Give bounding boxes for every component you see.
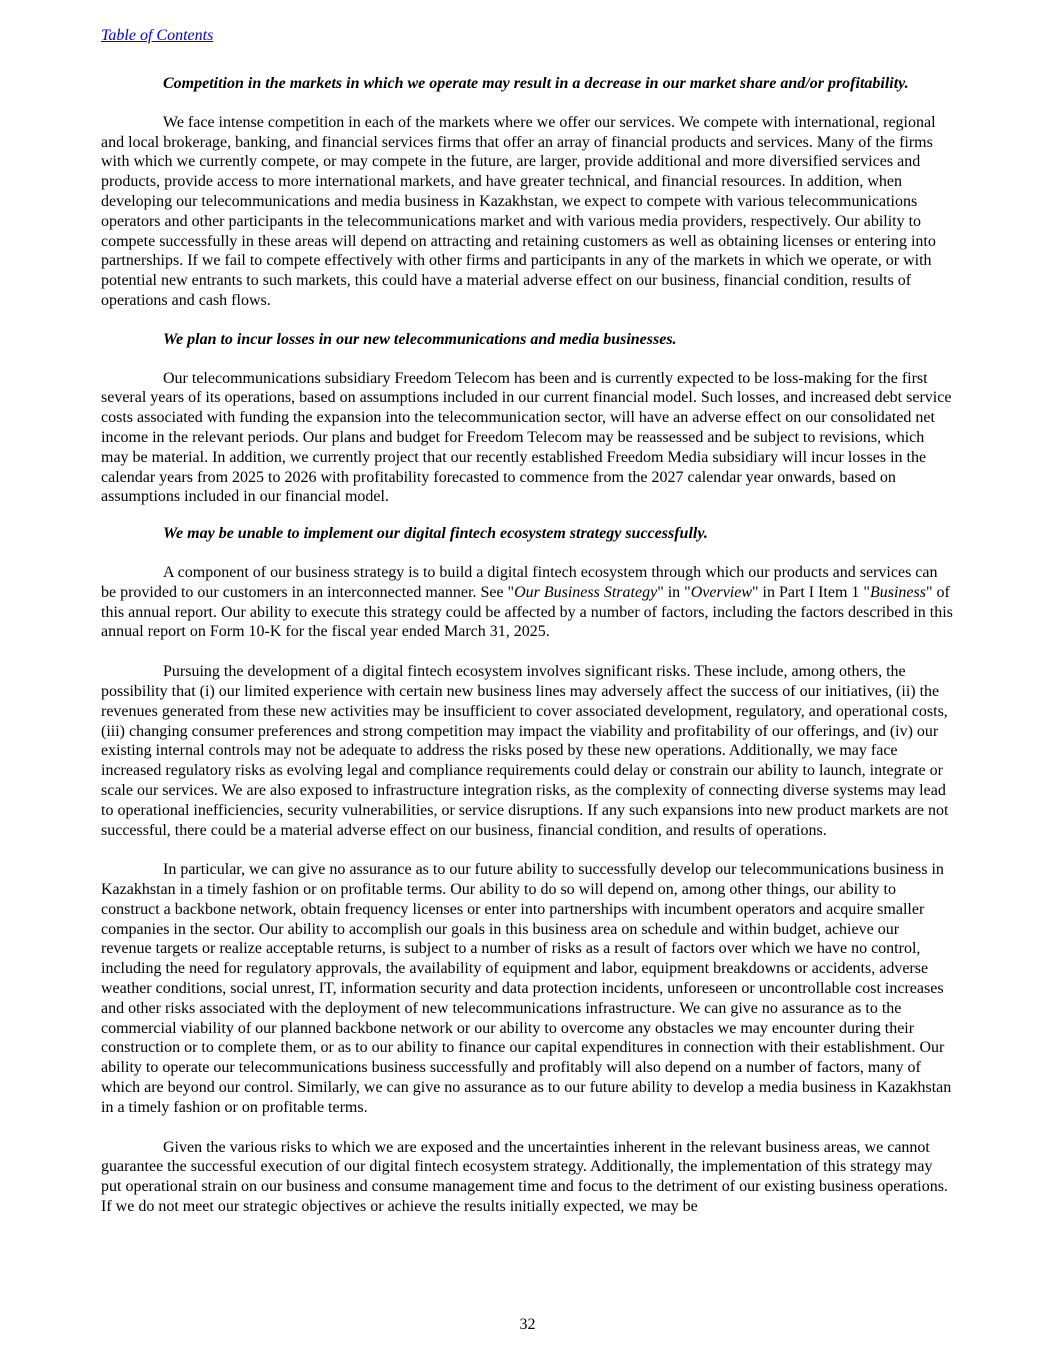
reference-business: Business: [870, 584, 926, 601]
document-page: Table of Contents Competition in the mar…: [101, 26, 953, 1217]
spacer: [101, 840, 953, 860]
spacer: [101, 94, 953, 113]
reference-our-business-strategy: Our Business Strategy: [514, 584, 657, 601]
paragraph-losses: Our telecommunications subsidiary Freedo…: [101, 369, 953, 508]
page-number: 32: [0, 1315, 1055, 1335]
spacer: [101, 642, 953, 662]
text-run: " in Part I Item 1 ": [752, 584, 870, 601]
paragraph-strategy-execution: Given the various risks to which we are …: [101, 1138, 953, 1217]
spacer: [101, 311, 953, 330]
spacer: [101, 46, 953, 74]
spacer: [101, 507, 953, 524]
section-heading-competition: Competition in the markets in which we o…: [101, 74, 953, 94]
spacer: [101, 1118, 953, 1138]
reference-overview: Overview: [691, 584, 752, 601]
paragraph-telecom-development: In particular, we can give no assurance …: [101, 860, 953, 1117]
spacer: [101, 544, 953, 563]
table-of-contents-link[interactable]: Table of Contents: [101, 26, 213, 46]
section-heading-losses: We plan to incur losses in our new telec…: [101, 330, 953, 350]
paragraph-fintech-strategy: A component of our business strategy is …: [101, 563, 953, 642]
paragraph-fintech-risks: Pursuing the development of a digital fi…: [101, 662, 953, 840]
spacer: [101, 350, 953, 369]
section-heading-fintech: We may be unable to implement our digita…: [101, 524, 953, 544]
text-run: " in ": [657, 584, 691, 601]
paragraph-competition: We face intense competition in each of t…: [101, 113, 953, 311]
